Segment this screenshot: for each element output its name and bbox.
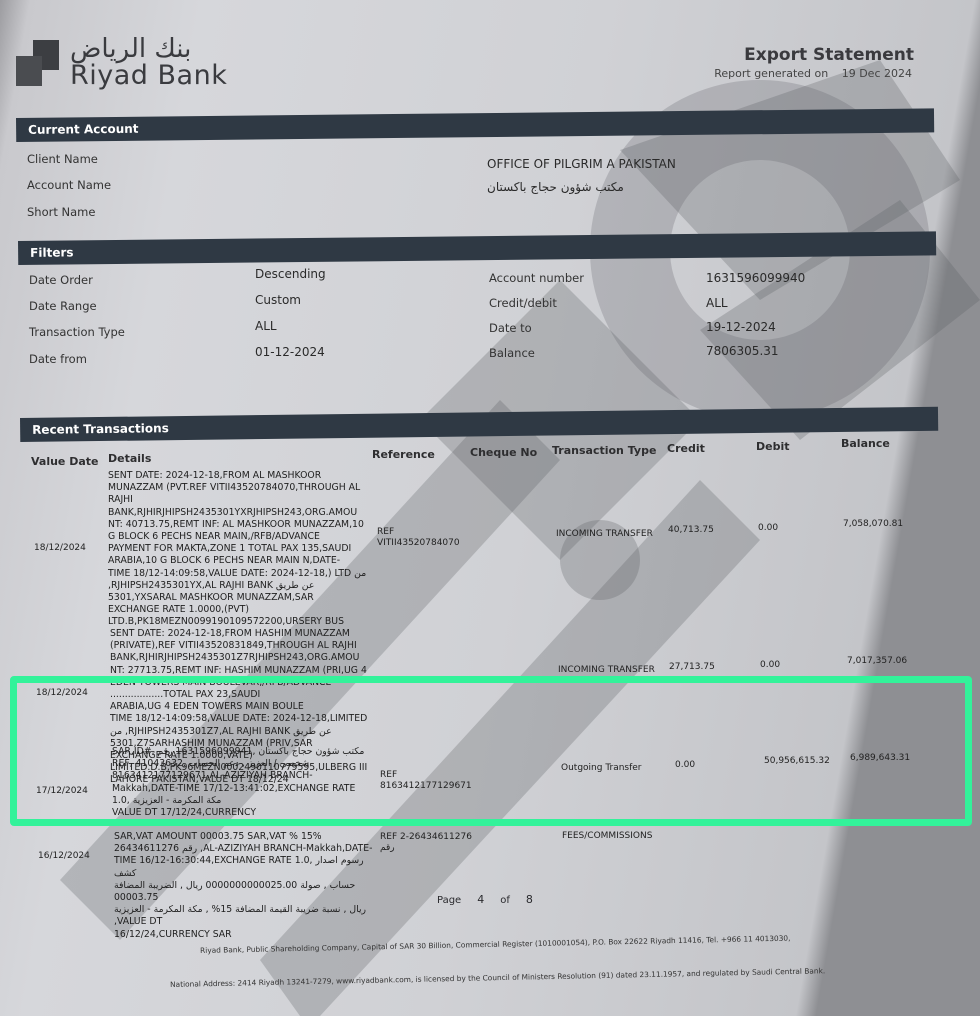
row-value-date: 16/12/2024 — [38, 850, 90, 862]
column-header-reference: Reference — [372, 448, 435, 461]
filter-date-to-label: Date to — [489, 321, 532, 335]
filter-transaction-type-label: Transaction Type — [29, 325, 125, 339]
bank-logo-icon — [16, 40, 60, 86]
section-recent-transactions: Recent Transactions — [20, 407, 938, 442]
filter-date-to-value: 19-12-2024 — [706, 320, 776, 334]
filter-date-from-value: 01-12-2024 — [255, 345, 325, 359]
column-header-cheque-no: Cheque No — [470, 446, 537, 459]
row-balance: 7,017,357.06 — [847, 656, 907, 666]
row-balance: 7,058,070.81 — [843, 519, 903, 529]
current-page: 4 — [477, 893, 484, 906]
highlight-box — [10, 676, 972, 826]
column-header-credit: Credit — [667, 442, 705, 455]
account-name-label: Account Name — [27, 178, 111, 192]
filter-date-from-label: Date from — [29, 352, 87, 366]
bank-name-english: Riyad Bank — [70, 62, 227, 89]
row-debit: 0.00 — [758, 523, 778, 533]
total-pages: 8 — [526, 893, 533, 906]
filter-date-order-value: Descending — [255, 267, 326, 281]
filter-date-order-label: Date Order — [29, 273, 93, 287]
column-header-debit: Debit — [756, 440, 790, 453]
client-name-label: Client Name — [27, 152, 98, 166]
row-details: SENT DATE: 2024-12-18,FROM AL MASHKOOR M… — [108, 470, 370, 629]
row-details: SAR,VAT AMOUNT 00003.75 SAR,VAT % 15% 26… — [114, 831, 376, 941]
short-name-label: Short Name — [27, 205, 95, 219]
footer-address: National Address: 2414 Riyadh 13241-7279… — [170, 966, 825, 989]
filter-account-number-label: Account number — [489, 271, 584, 285]
row-value-date: 18/12/2024 — [34, 542, 86, 554]
section-current-account: Current Account — [16, 108, 934, 142]
report-generated-date: 19 Dec 2024 — [842, 67, 912, 80]
account-name-value: مكتب شؤون حجاج باكستان — [487, 180, 624, 194]
filter-date-range-value: Custom — [255, 293, 301, 307]
riyad-bank-logo: بنك الرياض Riyad Bank — [16, 36, 227, 89]
row-reference: REF 2-26434611276 رقم — [380, 832, 472, 854]
page-label: Page — [437, 895, 461, 906]
filter-date-range-label: Date Range — [29, 299, 97, 313]
row-transaction-type: INCOMING TRANSFER — [558, 664, 655, 676]
filter-account-number-value: 1631596099940 — [706, 271, 805, 285]
client-name-value: OFFICE OF PILGRIM A PAKISTAN — [487, 157, 676, 171]
filter-balance-value: 7806305.31 — [706, 344, 779, 358]
filter-credit-debit-value: ALL — [706, 296, 728, 310]
column-header-transaction-type: Transaction Type — [552, 444, 656, 457]
filter-credit-debit-label: Credit/debit — [489, 296, 557, 310]
pagination: Page 4 of 8 — [437, 893, 533, 906]
row-reference: REF VITII43520784070 — [377, 527, 460, 549]
row-transaction-type: FEES/COMMISSIONS — [562, 830, 652, 842]
row-credit: 40,713.75 — [668, 525, 714, 535]
row-transaction-type: INCOMING TRANSFER — [556, 528, 653, 540]
report-generated-label: Report generated on — [714, 67, 828, 80]
filter-balance-label: Balance — [489, 346, 535, 360]
report-generated: Report generated on 19 Dec 2024 — [714, 67, 912, 80]
report-title: Export Statement — [744, 45, 914, 65]
bank-name-arabic: بنك الرياض — [70, 36, 227, 62]
section-filters: Filters — [18, 231, 936, 265]
column-header-value-date: Value Date — [31, 455, 99, 468]
column-header-details: Details — [108, 452, 151, 465]
row-debit: 0.00 — [760, 660, 780, 670]
row-credit: 27,713.75 — [669, 662, 715, 672]
statement-page: بنك الرياض Riyad Bank Export Statement R… — [0, 0, 980, 1016]
column-header-balance: Balance — [841, 437, 890, 450]
filter-transaction-type-value: ALL — [255, 319, 277, 333]
of-label: of — [500, 895, 510, 906]
